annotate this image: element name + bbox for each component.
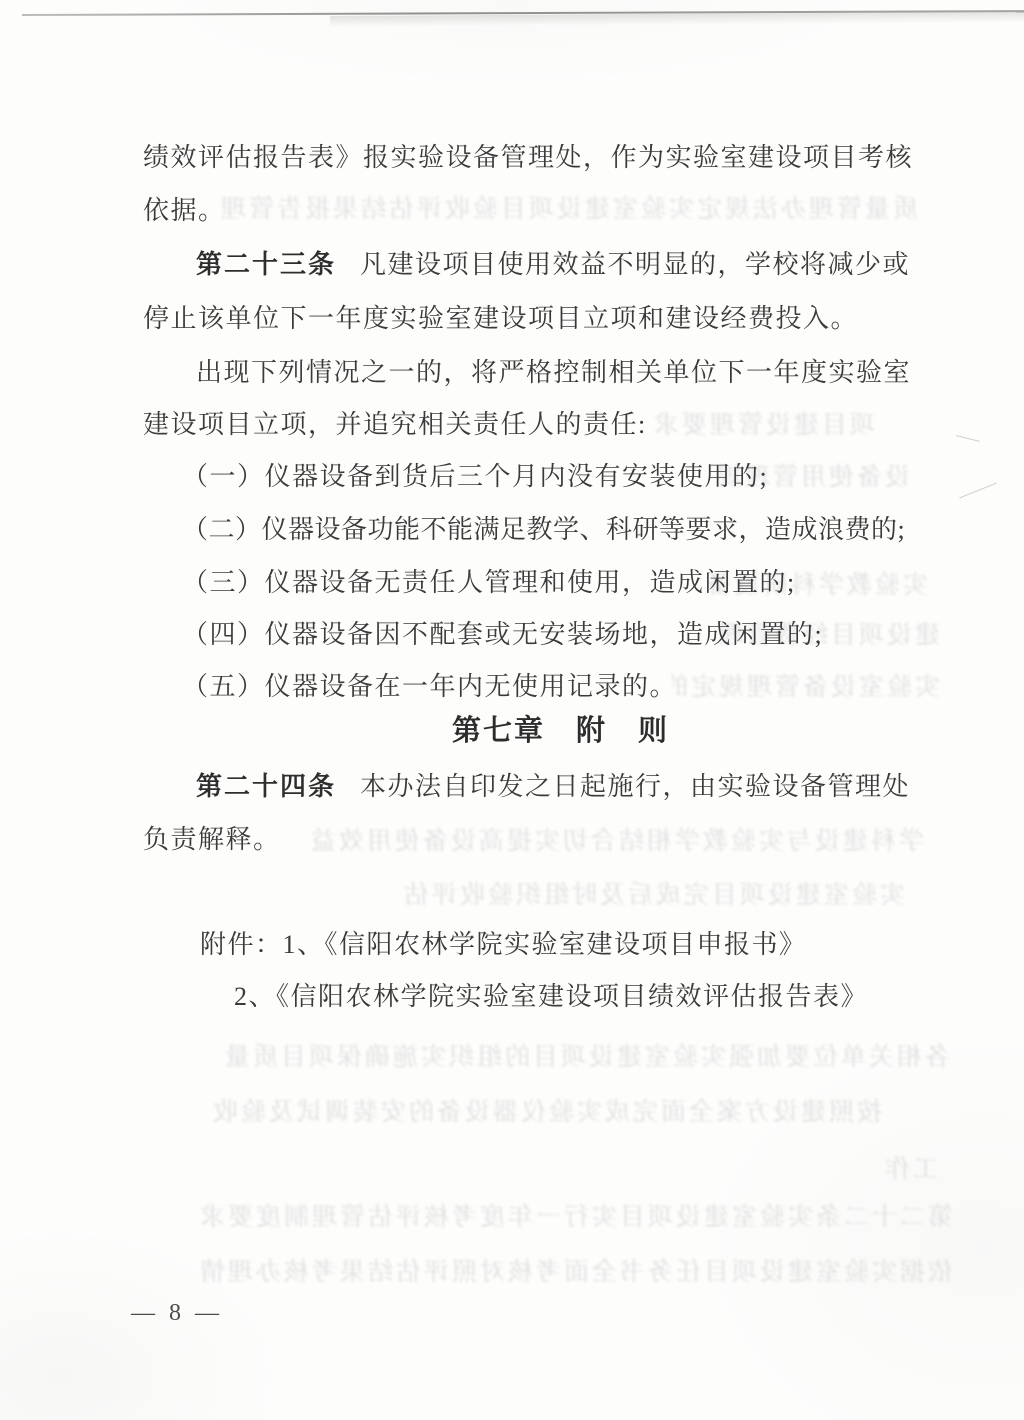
list-item: （四）仪器设备因不配套或无安装场地，造成闲置的; [182, 616, 823, 654]
article-24-line: 负责解释。 [143, 821, 281, 859]
bleed-through-line: 依据实验室建设项目任务书全面考核对照评估结果考核办理情 [138, 1255, 953, 1291]
bleed-through-line: 实验室建设项目完成后及时组织验收评估 [290, 878, 905, 914]
article-23-line: 停止该单位下一年度实验室建设项目立项和建设经费投入。 [143, 300, 858, 338]
page-number: — 8 — [131, 1300, 223, 1327]
chapter-heading: 第七章 附 则 [452, 712, 669, 750]
list-item: （五）仪器设备在一年内无使用记录的。 [182, 668, 677, 706]
crease-mark [956, 435, 980, 442]
article-24-text: 本办法自印发之日起施行，由实验设备管理处 [360, 772, 910, 801]
article-23-text: 凡建设项目使用效益不明显的，学校将减少或 [360, 250, 910, 279]
bleed-through-line: 工作 [858, 1152, 938, 1188]
article-24-number: 第二十四条 [196, 772, 336, 801]
bleed-through-line: 质量管理办法规定实验室建设项目验收评估结果报告管理 [218, 192, 918, 228]
article-23-line: 第二十三条凡建设项目使用效益不明显的，学校将减少或 [196, 246, 910, 284]
crease-mark [959, 483, 996, 499]
bleed-through-line: 项目建设管理要求 [640, 408, 875, 444]
bleed-through-line: 第二十二条实验室建设项目实行一年度考核评估管理制度要求 [138, 1200, 953, 1236]
bleed-through-line: 学科建设与实验教学相结合切实提高设备使用效益 [296, 824, 924, 860]
bleed-through-line: 实验室设备管理规定的 [672, 670, 940, 706]
paragraph-situations-line: 出现下列情况之一的，将严格控制相关单位下一年度实验室 [196, 354, 911, 392]
attachment-line: 附件：1、《信阳农林学院实验室建设项目申报书》 [200, 926, 807, 964]
bleed-through-line: 各相关单位要加强实验室建设项目的组织实施确保项目质量 [150, 1040, 950, 1076]
article-24-line: 第二十四条本办法自印发之日起施行，由实验设备管理处 [196, 768, 910, 806]
list-item: （三）仪器设备无责任人管理和使用，造成闲置的; [182, 564, 796, 602]
scanned-document-page: 质量管理办法规定实验室建设项目验收评估结果报告管理 项目建设管理要求 设备使用管… [0, 0, 1024, 1420]
article-23-number: 第二十三条 [196, 250, 336, 279]
list-item: （一）仪器设备到货后三个月内没有安装使用的; [182, 458, 768, 496]
paragraph-carryover-line: 绩效评估报告表》报实验设备管理处，作为实验室建设项目考核 [143, 139, 913, 177]
paragraph-situations-line: 建设项目立项，并追究相关责任人的责任: [143, 406, 647, 444]
bleed-through-line: 按照建设方案全面完成实验仪器设备的安装调试及验收 [150, 1095, 882, 1131]
paragraph-carryover-line: 依据。 [143, 192, 226, 230]
list-item: （二）仪器设备功能不能满足教学、科研等要求，造成浪费的; [182, 511, 905, 549]
attachment-line: 2、《信阳农林学院实验室建设项目绩效评估报告表》 [234, 978, 868, 1016]
